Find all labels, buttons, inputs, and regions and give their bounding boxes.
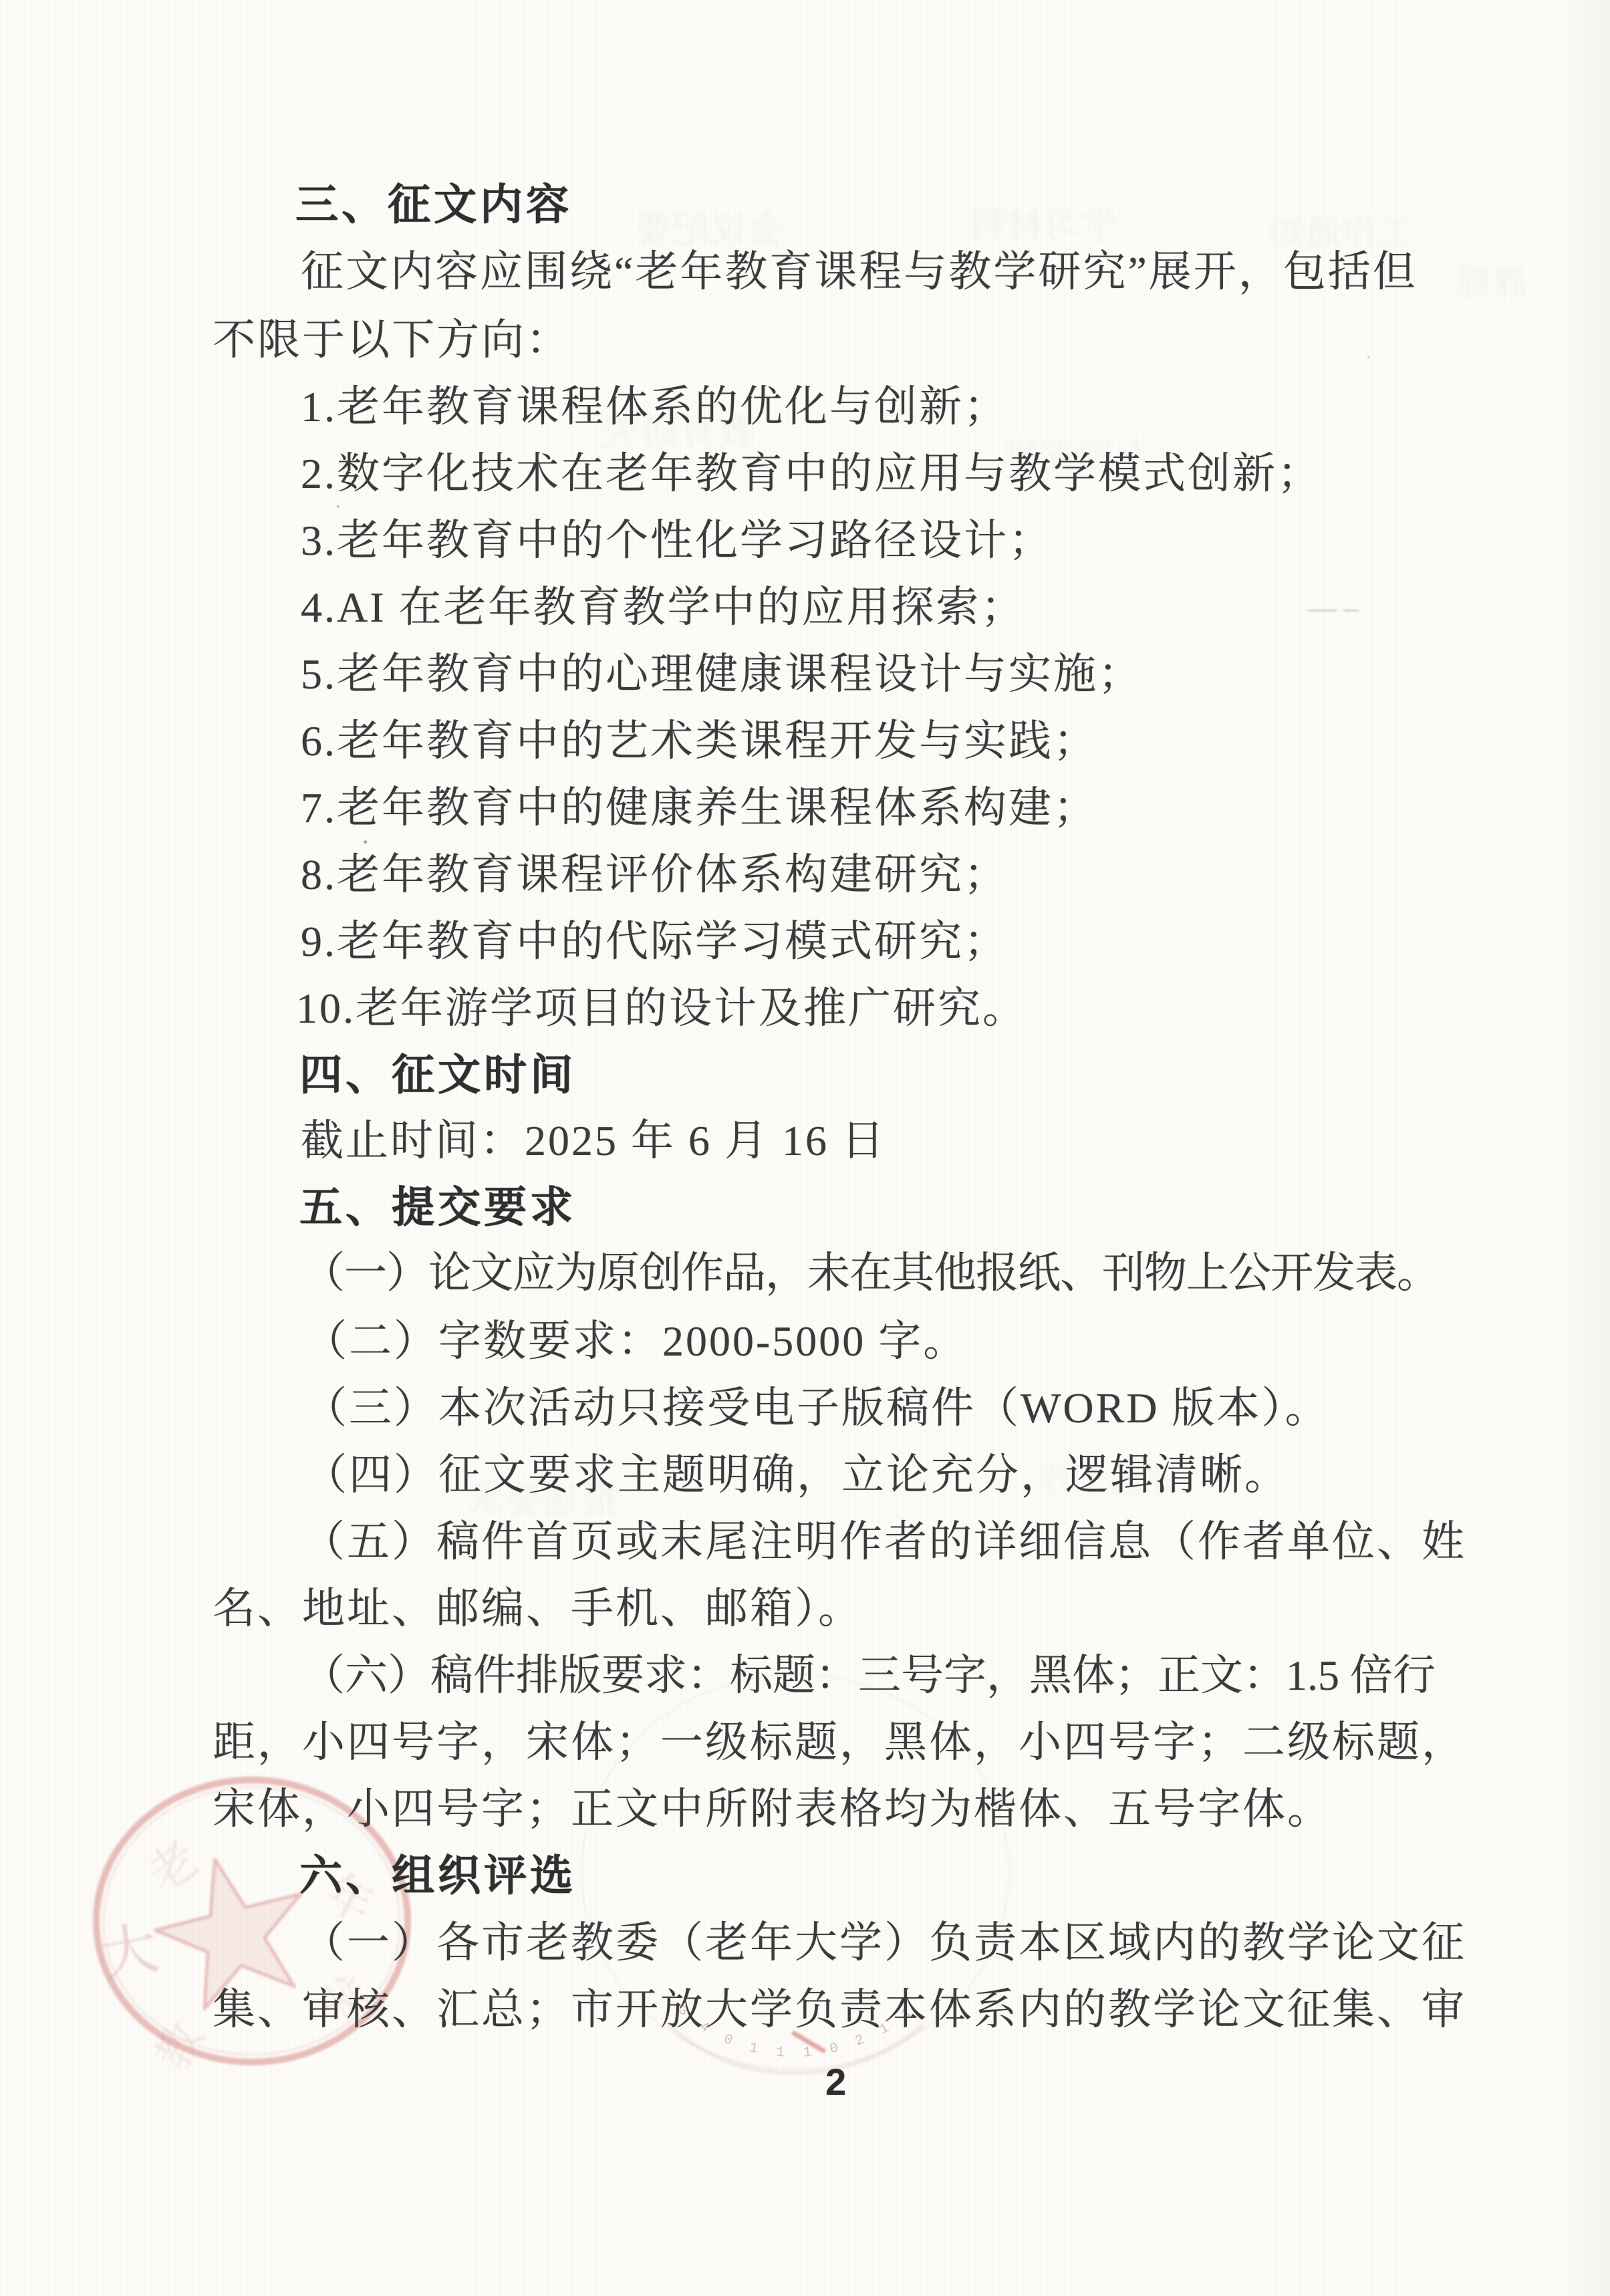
requirement-2: （二）字数要求：2000-5000 字。 [304, 1318, 968, 1364]
list-item-1: 1.老年教育课程体系的优化与创新； [301, 384, 1009, 430]
deadline-line: 截止时间：2025 年 6 月 16 日 [301, 1118, 886, 1164]
list-item-4: 4.AI 在老年教育教学中的应用探索； [301, 584, 1026, 630]
intro-line-1: 征文内容应围绕“老年教育课程与教学研究”展开，包括但 [301, 249, 1418, 295]
list-item-9: 9.老年教育中的代际学习模式研究； [301, 918, 1009, 965]
heading-section-5: 五、提交要求 [299, 1184, 576, 1231]
list-item-7: 7.老年教育中的健康养生课程体系构建； [301, 785, 1098, 831]
org-item-1-line-2: 集、审核、汇总；市开放大学负责本体系内的教学论文征集、审 [213, 1987, 1466, 2033]
requirement-6-line-2: 距，小四号字，宋体；一级标题，黑体，小四号字；二级标题， [213, 1719, 1466, 1765]
list-item-8: 8.老年教育课程评价体系构建研究； [301, 852, 1009, 898]
list-item-3: 3.老年教育中的个性化学习路径设计； [301, 517, 1053, 563]
requirement-3: （三）本次活动只接受电子版稿件（WORD 版本）。 [304, 1385, 1330, 1431]
org-item-1-line-1: （一）各市老教委（老年大学）负责本区域内的教学论文征 [302, 1920, 1466, 1966]
requirement-6-line-1: （六）稿件排版要求：标题：三号字，黑体；正文：1.5 倍行 [302, 1652, 1436, 1698]
list-item-5: 5.老年教育中的心理健康课程设计与实施； [301, 651, 1143, 697]
heading-section-3: 三、征文内容 [295, 182, 572, 228]
requirement-1: （一）论文应为原创作品，未在其他报纸、刊物上公开发表。 [302, 1250, 1439, 1296]
heading-section-6: 六、组织评选 [299, 1853, 576, 1899]
requirement-5-line-1: （五）稿件首页或末尾注明作者的详细信息（作者单位、姓 [302, 1519, 1466, 1565]
list-item-10: 10.老年游学项目的设计及推广研究。 [296, 985, 1027, 1031]
document-text-layer: 三、征文内容征文内容应围绕“老年教育课程与教学研究”展开，包括但不限于以下方向：… [0, 0, 1610, 2296]
list-item-6: 6.老年教育中的艺术类课程开发与实践； [301, 718, 1098, 764]
requirement-5-line-2: 名、地址、邮编、手机、邮箱）。 [213, 1585, 863, 1632]
scanned-document-page: 老 年 大 学 教 3 4 0 1 1 1 0 2 1 1 会议纪要学习材料工作… [0, 0, 1610, 2296]
list-item-2: 2.数字化技术在老年教育中的应用与教学模式创新； [301, 451, 1322, 497]
requirement-6-line-3: 宋体，小四号字；正文中所附表格均为楷体、五号字体。 [213, 1786, 1332, 1832]
requirement-4: （四）征文要求主题明确，立论充分，逻辑清晰。 [304, 1452, 1289, 1498]
heading-section-4: 四、征文时间 [299, 1052, 576, 1098]
intro-line-2: 不限于以下方向： [213, 317, 571, 363]
page-number: 2 [825, 2060, 846, 2103]
